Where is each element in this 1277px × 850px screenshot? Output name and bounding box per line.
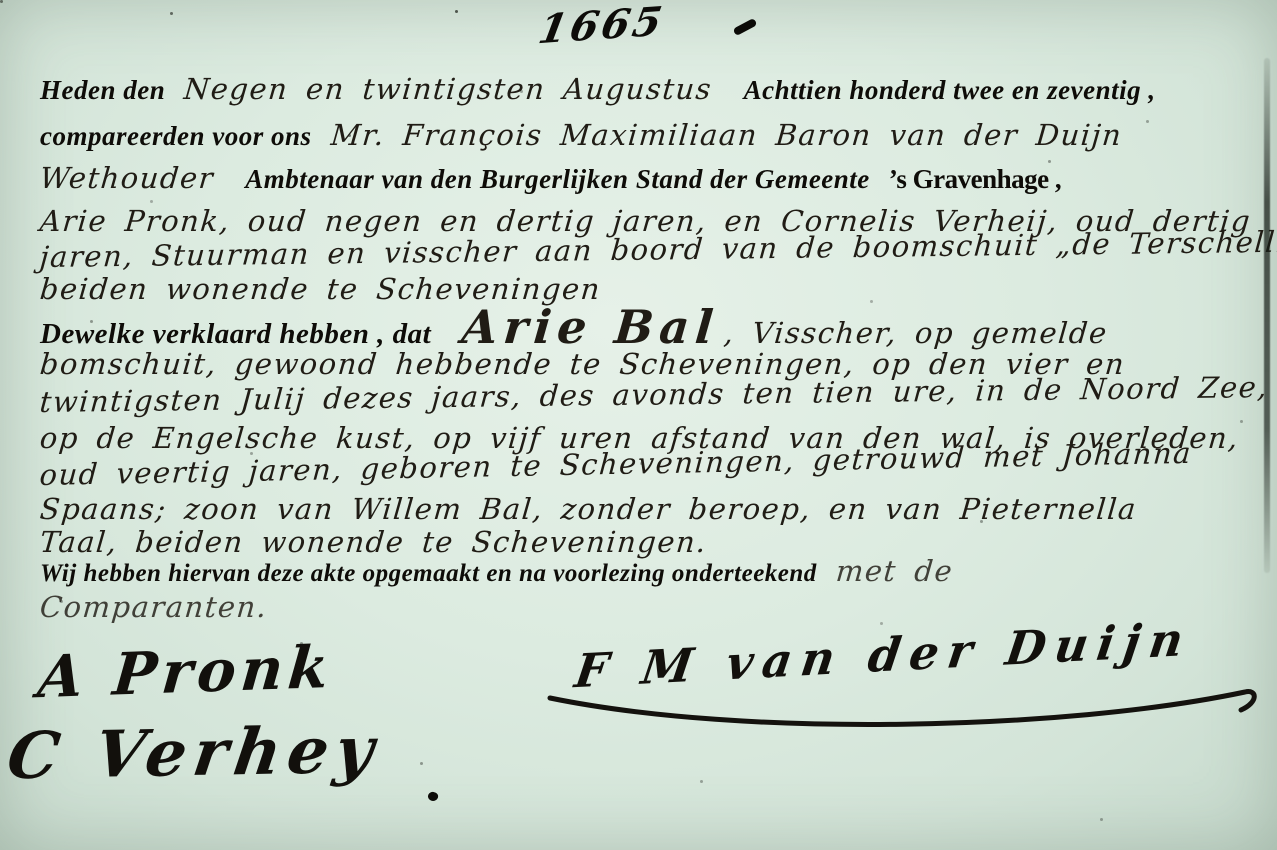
line-closing: Wij hebben hiervan deze akte opgemaakt e… (40, 554, 953, 588)
line-comparanten: Comparanten. (40, 590, 268, 624)
line-compareerden: compareerden voor ons Mr. François Maxim… (40, 118, 1122, 152)
handwritten-met-de: met de (834, 554, 954, 588)
line-function: Wethouder Ambtenaar van den Burgerlijken… (40, 161, 1061, 195)
line-declaration: Dewelke verklaard hebben , dat Arie Bal … (40, 300, 1108, 354)
paper-speckles (0, 0, 3, 3)
line-opening: Heden den Negen en twintigsten Augustus … (40, 72, 1156, 106)
printed-heden-den: Heden den (40, 75, 165, 106)
handwritten-body-5: Spaans; zoon van Willem Bal, zonder bero… (39, 492, 1139, 526)
line-body-5: Spaans; zoon van Willem Bal, zonder bero… (40, 492, 1137, 526)
handwritten-act-date: Negen en twintigsten Augustus (183, 72, 714, 106)
signature-period-dot (427, 790, 440, 802)
printed-ambtenaar: Ambtenaar van den Burgerlijken Stand der… (245, 164, 870, 195)
signature-comparant-2: C Verhey (3, 713, 385, 795)
signature-flourish (545, 680, 1265, 740)
handwritten-official-name: Mr. François Maximiliaan Baron van der D… (329, 118, 1123, 152)
printed-compareerden: compareerden voor ons (40, 121, 311, 152)
handwritten-wethouder: Wethouder (39, 161, 216, 195)
handwritten-deceased-occupation: , Visscher, op gemelde (723, 316, 1110, 350)
handwritten-deceased-name: Arie Bal (460, 300, 722, 354)
printed-gravenhage: ’s Gravenhage , (889, 164, 1061, 195)
death-certificate-scan: 1665 Heden den Negen en twintigsten Augu… (0, 0, 1277, 850)
printed-year: Achttien honderd twee en zeventig , (744, 75, 1156, 106)
signature-comparant-1: A Pronk (35, 633, 336, 712)
handwritten-comparanten: Comparanten. (39, 590, 270, 624)
printed-closing: Wij hebben hiervan deze akte opgemaakt e… (40, 560, 817, 588)
act-number: 1665 (535, 0, 669, 53)
ink-smudge-mark (733, 18, 758, 36)
scan-edge-line (1264, 58, 1270, 573)
